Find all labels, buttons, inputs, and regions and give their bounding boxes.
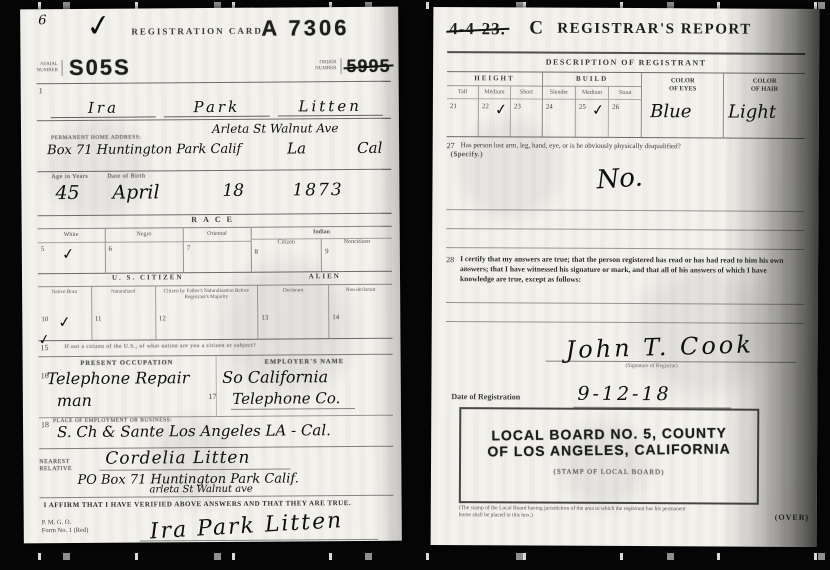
question-27: 27 Has person lost arm, leg, hand, eye, … [446,137,804,212]
registrar-signature-caption: (Signature of Registrar) [626,363,678,369]
height-medium-cell: Medium 22 ✓ [479,86,511,136]
order-number-label: ORDER NUMBER [315,58,342,74]
blank-ruled-line [446,229,804,250]
eye-color-value: Blue [650,101,691,122]
description-table: HEIGHT Tall 21 Medium 22 ✓ Short [447,72,805,139]
serial-number-label: SERIAL NUMBER [36,60,63,76]
height-tall-cell: Tall 21 [447,86,479,136]
checkmark-icon: ✓ [84,7,114,45]
home-address-value: Box 71 Huntington Park Calif [47,142,241,158]
citizenship-section: U. S. CITIZEN ALIEN Native Born 10 ✓ Nat… [38,272,392,341]
employment-place-value: S. Ch & Sante Los Angeles LA - Cal. [57,421,331,441]
hair-color-value: Light [728,102,776,123]
alien-header: ALIEN [257,272,392,285]
non-declarant-cell: Non-declarant 14 [329,285,392,338]
address-state: Cal [357,139,382,157]
order-number-value: 5995 [346,55,390,76]
row-number: 1 [39,86,43,95]
microfilm-scan: 6 ✓ REGISTRATION CARD A 7306 SERIAL NUMB… [0,0,830,570]
nearest-relative-section: NEAREST RELATIVE Cordelia Litten PO Box … [39,447,393,497]
birth-month: April [112,181,159,203]
home-address-label: PERMANENT HOME ADDRESS: [51,134,141,141]
report-header: 4-4-23. C REGISTRAR'S REPORT [447,11,805,55]
color-of-eyes-cell: COLOR OF EYES Blue [642,73,724,137]
stamped-card-number: A 7306 [261,15,349,42]
race-indian-citizen-cell: Citizen 8 [251,239,322,271]
registration-card-footer: P. M. G. O. Form No. 1 (Red) Ira Park Li… [40,513,394,555]
first-name: Ira [51,98,156,118]
employer-name-cell: 17 EMPLOYER'S NAME So California Telepho… [216,355,393,416]
question-27-specify: (Specify.) [447,150,805,160]
registrar-signature-area: John T. Cook (Signature of Registrar) [445,322,803,382]
relative-address-interline: arleta St Walnut ave [149,484,252,496]
form-letter: C [529,17,543,39]
declarant-cell: Declarant 13 [258,285,329,338]
address-city: La [287,139,306,157]
registration-card: 6 ✓ REGISTRATION CARD A 7306 SERIAL NUMB… [20,7,402,544]
us-citizen-header: U. S. CITIZEN [38,273,258,287]
build-group: BUILD Slender 24 Medium 25 ✓ Stout [543,73,643,138]
last-name: Litten [277,97,382,117]
native-born-checkmark-icon: ✓ [57,312,72,331]
race-white-cell: White 5 ✓ [38,229,106,273]
question-28: 28 I certify that my answers are true; t… [446,248,804,286]
form-code: 4-4-23. [449,19,506,39]
name-row: 1 Ira Park Litten [37,82,391,121]
color-of-hair-cell: COLOR OF HAIR Light [724,74,805,138]
address-interline-note: Arleta St Walnut Ave [212,121,339,136]
height-group: HEIGHT Tall 21 Medium 22 ✓ Short [447,72,543,137]
over-label: (OVER) [775,513,809,522]
build-slender-cell: Slender 24 [543,87,576,137]
height-medium-checkmark-icon: ✓ [494,100,508,119]
blank-ruled-line [446,303,804,324]
present-occupation-cell: 16 PRESENT OCCUPATION Telephone Repair m… [39,356,217,417]
local-board-stamp-box: LOCAL BOARD NO. 5, COUNTY OF LOS ANGELES… [459,407,759,505]
home-address-row: Arleta St Walnut Ave PERMANENT HOME ADDR… [37,119,391,172]
relative-name: Cordelia Litten [99,447,290,470]
registration-card-header: 6 ✓ REGISTRATION CARD A 7306 [36,7,390,53]
middle-name: Park [164,98,269,118]
serial-number-value: S05S [69,55,131,81]
occupation-employer-section: 16 PRESENT OCCUPATION Telephone Repair m… [39,355,393,418]
stamp-box-caption: (STAMP OF LOCAL BOARD) [461,467,757,477]
stamp-instruction-note: (The stamp of the Local Board having jur… [459,505,689,520]
certification-text: I certify that my answers are true; that… [460,254,802,286]
question-27-answer: No. [596,163,644,196]
form-id: P. M. G. O. Form No. 1 (Red) [42,519,89,535]
report-title: REGISTRAR'S REPORT [557,21,752,39]
occupation-value-line1: Telephone Repair [47,368,190,388]
local-board-stamp-line2: OF LOS ANGELES, CALIFORNIA [461,440,757,460]
naturalized-cell: Naturalized 11 [92,286,156,339]
citizen-by-father-cell: Citizen by Father's Naturalization Befor… [156,286,259,340]
race-negro-cell: Negro 6 [105,228,184,273]
blank-ruled-line [446,284,804,305]
date-of-birth-label: Date of Birth [107,173,145,179]
card-title: REGISTRATION CARD [131,26,263,37]
age-birthdate-row: Age in Years Date of Birth 45 April 18 1… [37,170,391,216]
race-indian-noncitizen-cell: Noncitizen 9 [322,239,392,271]
birth-day: 18 [222,181,244,201]
blank-ruled-line [446,210,804,231]
employer-name-label: EMPLOYER'S NAME [216,355,393,366]
birth-year: 1873 [292,180,343,200]
race-oriental-cell: Oriental 7 [184,228,252,272]
occupation-value-line2: man [57,391,92,410]
question-27-text: Has person lost arm, leg, hand, eye, or … [447,137,805,152]
employment-place-row: 18 PLACE OF EMPLOYMENT OR BUSINESS: S. C… [39,416,393,449]
description-of-registrant-title: DESCRIPTION OF REGISTRANT [447,53,805,74]
registrar-signature: John T. Cook [565,330,754,364]
race-indian-group: Indian Citizen 8 Noncitizen 9 [251,227,392,272]
nearest-relative-label: NEAREST RELATIVE [39,459,73,473]
employer-value-line1: So California [222,367,328,387]
age-value: 45 [55,182,79,204]
nation-question-label: If not a citizen of the U.S., of what na… [64,343,256,350]
present-occupation-label: PRESENT OCCUPATION [39,356,216,367]
build-stout-cell: Stout 26 [609,87,641,137]
build-medium-cell: Medium 25 ✓ [576,87,609,137]
stray-pencil-mark: 6 [38,13,46,28]
age-label: Age in Years [51,174,88,180]
registrars-report-card: 4-4-23. C REGISTRAR'S REPORT DESCRIPTION… [431,7,820,547]
race-white-checkmark-icon: ✓ [61,244,76,263]
date-of-registration-label: Date of Registration [451,392,520,401]
serial-order-row: SERIAL NUMBER S05S ORDER NUMBER 5995 [36,51,390,84]
date-of-registration-value: 9-12-18 [573,383,731,409]
race-section: RACE White 5 ✓ Negro 6 Oriental 7 [38,214,392,274]
height-short-cell: Short 23 [511,86,542,136]
employer-value-line2: Telephone Co. [230,389,354,410]
build-medium-checkmark-icon: ✓ [591,100,605,119]
